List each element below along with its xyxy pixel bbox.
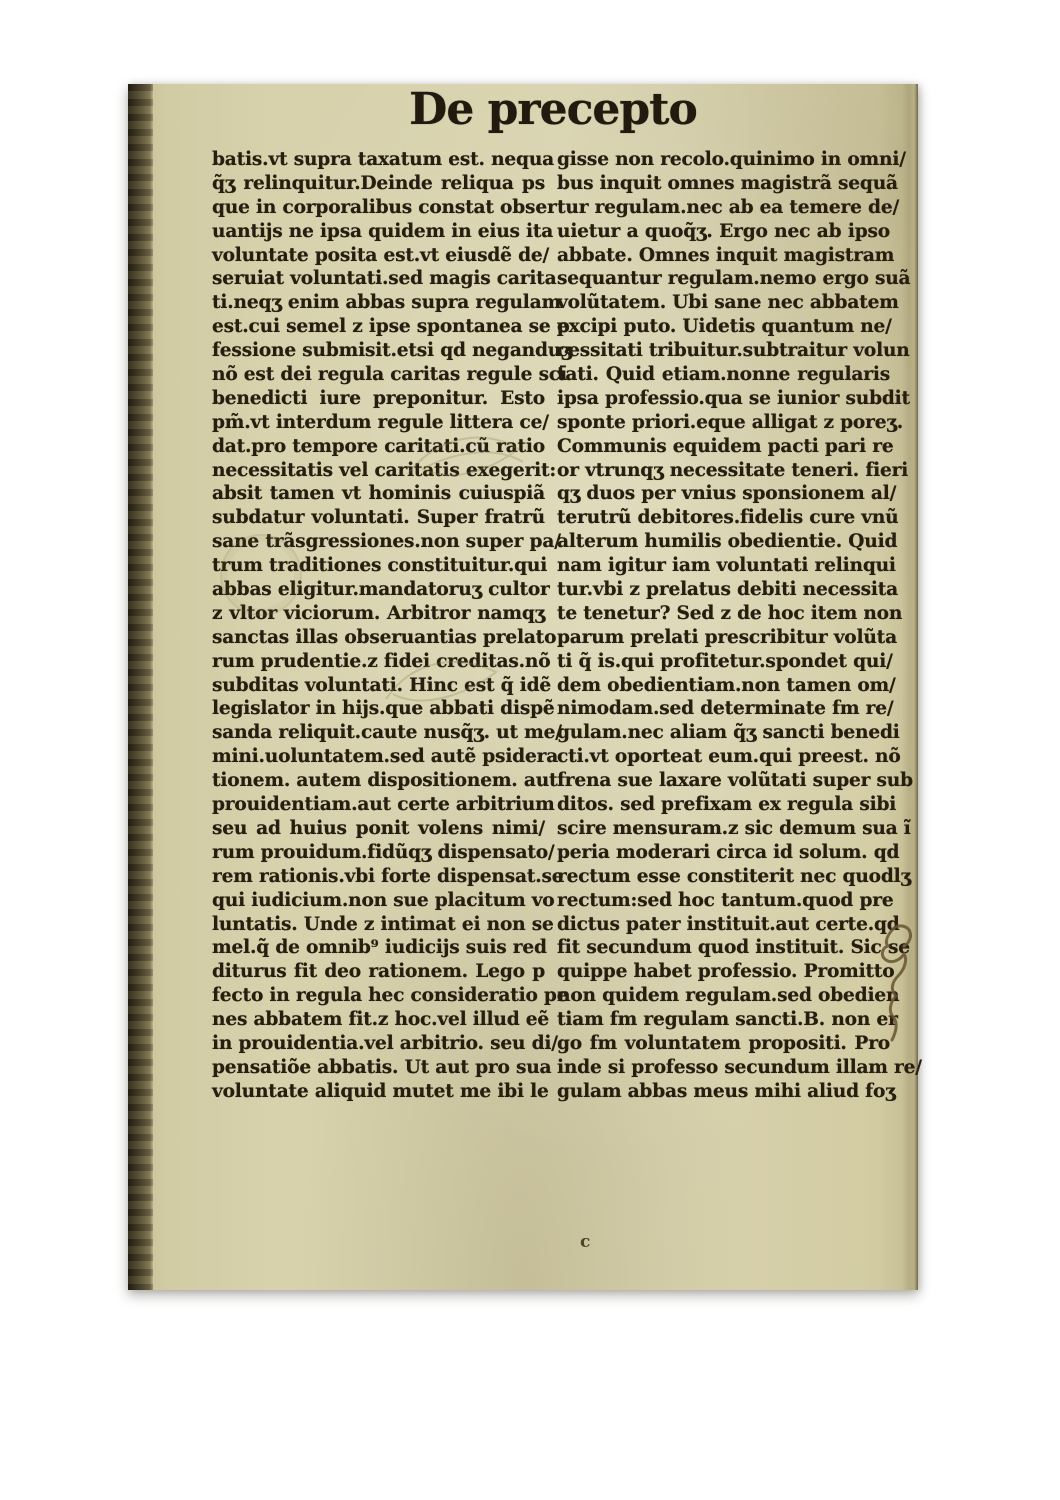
text-line: sanda reliquit.caute nusq̃ʒ. ut me/ bbox=[212, 721, 545, 745]
book-binding-edge bbox=[128, 84, 153, 1290]
text-line: bus inquit omnes magistrã sequã bbox=[557, 172, 890, 196]
text-line: gulam.nec aliam q̃ʒ sancti benedi bbox=[557, 721, 890, 745]
text-line: scire mensuram.z sic demum sua ĩ bbox=[557, 817, 890, 841]
text-line: rectum esse constiterit nec quodlʒ bbox=[557, 865, 890, 889]
text-line: uietur a quoq̃ʒ. Ergo nec ab ipso bbox=[557, 220, 890, 244]
text-line: est.cui semel z ipse spontanea se p bbox=[212, 315, 545, 339]
text-line: qʒ duos per vnius sponsionem al/ bbox=[557, 482, 890, 506]
text-line: sane trãsgressiones.non super pa/ bbox=[212, 530, 545, 554]
text-line: tur regulam.nec ab ea temere de/ bbox=[557, 196, 890, 220]
text-line: sponte priori.eque alligat z poreʒ. bbox=[557, 411, 890, 435]
text-line: q̃ʒ relinquitur.Deinde reliqua ps bbox=[212, 172, 545, 196]
page-edge bbox=[902, 84, 918, 1290]
text-line: or vtrunqʒ necessitate teneri. fieri bbox=[557, 459, 890, 483]
text-line: voluntate posita est.vt eiusdẽ de/ bbox=[212, 244, 545, 268]
text-line: cessitati tribuitur.subtraitur volun bbox=[557, 339, 890, 363]
text-line: nimodam.sed determinate fm re/ bbox=[557, 697, 890, 721]
manicule-icon bbox=[874, 920, 922, 1050]
text-line: terutrũ debitores.fidelis cure vnũ bbox=[557, 506, 890, 530]
text-line: batis.vt supra taxatum est. nequa bbox=[212, 148, 545, 172]
text-line: tati. Quid etiam.nonne regularis bbox=[557, 363, 890, 387]
text-line: nam igitur iam voluntati relinqui bbox=[557, 554, 890, 578]
text-line: luntatis. Unde z intimat ei non se bbox=[212, 913, 545, 937]
text-line: necessitatis vel caritatis exegerit: bbox=[212, 459, 545, 483]
text-line: rem rationis.vbi forte dispensat.se bbox=[212, 865, 545, 889]
text-line: gisse non recolo.quinimo in omni/ bbox=[557, 148, 890, 172]
text-line: dat.pro tempore caritati.cũ ratio bbox=[212, 435, 545, 459]
text-line: rum prouidum.fidũqʒ dispensato/ bbox=[212, 841, 545, 865]
text-line: sequantur regulam.nemo ergo suã bbox=[557, 267, 890, 291]
text-line: te tenetur? Sed z de hoc item non bbox=[557, 602, 890, 626]
text-line: in prouidentia.vel arbitrio. seu di/ bbox=[212, 1032, 545, 1056]
text-line: frena sue laxare volũtati super sub bbox=[557, 769, 890, 793]
text-line: inde si professo secundum illam re/ bbox=[557, 1056, 890, 1080]
text-line: pm̃.vt interdum regule littera ce/ bbox=[212, 411, 545, 435]
text-line: ti q̃ is.qui profitetur.spondet qui/ bbox=[557, 650, 890, 674]
text-line: dictus pater instituit.aut certe.qd bbox=[557, 913, 890, 937]
text-line: peria moderari circa id solum. qd bbox=[557, 841, 890, 865]
text-line: abbas eligitur.mandatoruʒ cultor bbox=[212, 578, 545, 602]
page-title: De precepto bbox=[214, 84, 892, 135]
text-line: subdatur voluntati. Super fratrũ bbox=[212, 506, 545, 530]
text-line: volũtatem. Ubi sane nec abbatem bbox=[557, 291, 890, 315]
left-column: batis.vt supra taxatum est. nequaq̃ʒ rel… bbox=[212, 148, 545, 1104]
text-line: subditas voluntati. Hinc est q̃ idẽ bbox=[212, 674, 545, 698]
text-line: pensatiõe abbatis. Ut aut pro sua bbox=[212, 1056, 545, 1080]
text-line: cti.vt oporteat eum.qui preest. nõ bbox=[557, 745, 890, 769]
text-line: gulam abbas meus mihi aliud foʒ bbox=[557, 1080, 890, 1104]
text-line: mini.uoluntatem.sed autẽ psidera bbox=[212, 745, 545, 769]
text-line: seu ad huius ponit volens nimi/ bbox=[212, 817, 545, 841]
bottom-signature-mark: c bbox=[580, 1232, 590, 1252]
text-line: tionem. autem dispositionem. aut bbox=[212, 769, 545, 793]
text-line: qui iudicium.non sue placitum vo bbox=[212, 889, 545, 913]
text-columns: batis.vt supra taxatum est. nequaq̃ʒ rel… bbox=[212, 148, 890, 1104]
text-line: sanctas illas obseruantias prelato bbox=[212, 626, 545, 650]
text-line: seruiat voluntati.sed magis carita bbox=[212, 267, 545, 291]
text-line: tiam fm regulam sancti.B. non er bbox=[557, 1008, 890, 1032]
text-line: nõ est dei regula caritas regule scī bbox=[212, 363, 545, 387]
text-line: quippe habet professio. Promitto bbox=[557, 960, 890, 984]
text-line: abbate. Omnes inquit magistram bbox=[557, 244, 890, 268]
text-line: ditos. sed prefixam ex regula sibi bbox=[557, 793, 890, 817]
text-line: Communis equidem pacti pari re bbox=[557, 435, 890, 459]
text-line: ti.neqʒ enim abbas supra regulam bbox=[212, 291, 545, 315]
text-line: fessione submisit.etsi qd neganduʒ bbox=[212, 339, 545, 363]
text-line: absit tamen vt hominis cuiuspiã bbox=[212, 482, 545, 506]
text-line: ipsa professio.qua se iunior subdit bbox=[557, 387, 890, 411]
text-line: rum prudentie.z fidei creditas.nõ bbox=[212, 650, 545, 674]
text-line: nes abbatem fit.z hoc.vel illud eẽ bbox=[212, 1008, 545, 1032]
text-line: uantijs ne ipsa quidem in eius ita bbox=[212, 220, 545, 244]
right-column: gisse non recolo.quinimo in omni/bus inq… bbox=[557, 148, 890, 1104]
text-line: parum prelati prescribitur volũta bbox=[557, 626, 890, 650]
text-line: go fm voluntatem propositi. Pro bbox=[557, 1032, 890, 1056]
text-line: dem obedientiam.non tamen om/ bbox=[557, 674, 890, 698]
text-line: fecto in regula hec consideratio pe bbox=[212, 984, 545, 1008]
text-line: trum traditiones constituitur.qui bbox=[212, 554, 545, 578]
text-line: z vltor viciorum. Arbitror namqʒ bbox=[212, 602, 545, 626]
text-line: alterum humilis obedientie. Quid bbox=[557, 530, 890, 554]
text-line: non quidem regulam.sed obedien bbox=[557, 984, 890, 1008]
text-line: benedicti iure preponitur. Esto bbox=[212, 387, 545, 411]
book-page: De precepto batis.vt supra taxatum est. … bbox=[128, 84, 918, 1290]
text-line: tur.vbi z prelatus debiti necessita bbox=[557, 578, 890, 602]
text-line: rectum:sed hoc tantum.quod pre bbox=[557, 889, 890, 913]
text-line: legislator in hijs.que abbati dispẽ bbox=[212, 697, 545, 721]
text-line: que in corporalibus constat obser bbox=[212, 196, 545, 220]
text-line: prouidentiam.aut certe arbitrium bbox=[212, 793, 545, 817]
text-line: excipi puto. Uidetis quantum ne/ bbox=[557, 315, 890, 339]
text-line: mel.q̃ de omnib⁹ iudicijs suis red bbox=[212, 936, 545, 960]
text-line: fit secundum quod instituit. Sic se bbox=[557, 936, 890, 960]
text-line: diturus fit deo rationem. Lego p bbox=[212, 960, 545, 984]
text-line: voluntate aliquid mutet me ibi le bbox=[212, 1080, 545, 1104]
